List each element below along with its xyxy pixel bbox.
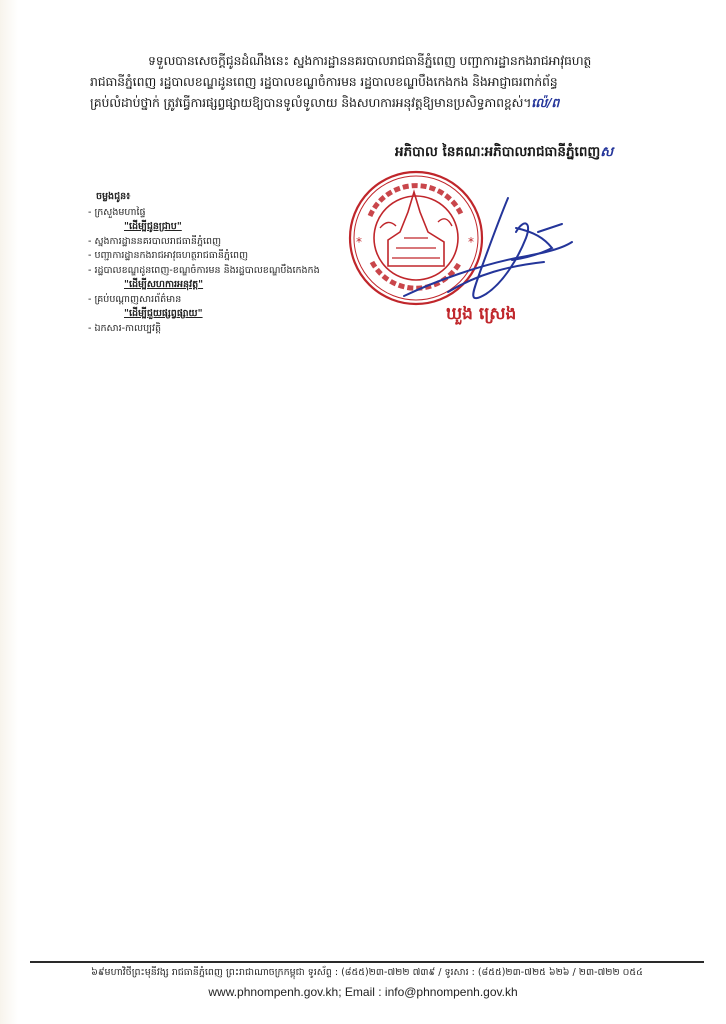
paragraph-line-2: រាជធានីភ្នំពេញ រដ្ឋបាលខណ្ឌដូនពេញ រដ្ឋបាល…: [90, 71, 710, 92]
notice-paragraph: ទទួលបានសេចក្តីជូនដំណឹងនេះ ស្នងការដ្ឋាននគ…: [90, 50, 710, 113]
svg-text:*: *: [468, 235, 474, 249]
cc-item: - ក្រសួងមហាផ្ទៃ: [88, 206, 320, 221]
footer-address: ៦៩មហាវិថីព្រះមុនីវង្ស រាជធានីភ្នំពេញ ព្រ…: [30, 966, 704, 980]
cc-note: "ដើម្បីសហការអនុវត្ត": [88, 278, 320, 293]
paragraph-line-3-wrap: គ្រប់លំដាប់ថ្នាក់ ត្រូវធ្វើការផ្សព្វផ្សា…: [90, 92, 710, 113]
cc-item: - រដ្ឋបាលខណ្ឌដូនពេញ-ខណ្ឌចំការមន និងរដ្ឋប…: [88, 264, 320, 279]
official-seal-and-signature: * *: [348, 162, 578, 312]
signatory-initials: ស: [600, 144, 613, 160]
cc-item: - បញ្ជាការដ្ឋានកងរាជអាវុធហត្ថរាជធានីភ្នំ…: [88, 249, 320, 264]
signatory-title: អភិបាល នៃគណៈអភិបាលរាជធានីភ្នំពេញស: [395, 143, 613, 163]
cc-note: "ដើម្បីជូនជ្រាប": [88, 220, 320, 235]
paragraph-line-3: គ្រប់លំដាប់ថ្នាក់ ត្រូវធ្វើការផ្សព្វផ្សា…: [90, 95, 531, 110]
cc-title: ចម្លងជូន៖: [88, 190, 320, 205]
footer-divider: [30, 961, 704, 963]
footer-web-email: www.phnompenh.gov.kh; Email : info@phnom…: [0, 985, 726, 999]
cc-item: - ស្នងការដ្ឋាននគរបាលរាជធានីភ្នំពេញ: [88, 235, 320, 250]
seal-icon: * *: [348, 162, 578, 312]
signer-name: ឃួង ស្រេង: [446, 303, 516, 328]
cc-item: - គ្រប់បណ្តាញសារព័ត៌មាន: [88, 293, 320, 308]
paragraph-line-1: ទទួលបានសេចក្តីជូនដំណឹងនេះ ស្នងការដ្ឋាននគ…: [90, 50, 710, 71]
page-edge-shadow: [0, 0, 18, 1024]
cc-note: "ដើម្បីជួយផ្សព្វផ្សាយ": [88, 307, 320, 322]
cc-item: - ឯកសារ-កាលប្បវត្តិ: [88, 322, 320, 337]
handwritten-initials: ល៉េ/ព: [531, 95, 559, 110]
cc-list: ចម្លងជូន៖ - ក្រសួងមហាផ្ទៃ "ដើម្បីជូនជ្រា…: [88, 190, 320, 336]
svg-text:*: *: [356, 235, 362, 249]
signatory-title-text: អភិបាល នៃគណៈអភិបាលរាជធានីភ្នំពេញ: [395, 144, 600, 160]
